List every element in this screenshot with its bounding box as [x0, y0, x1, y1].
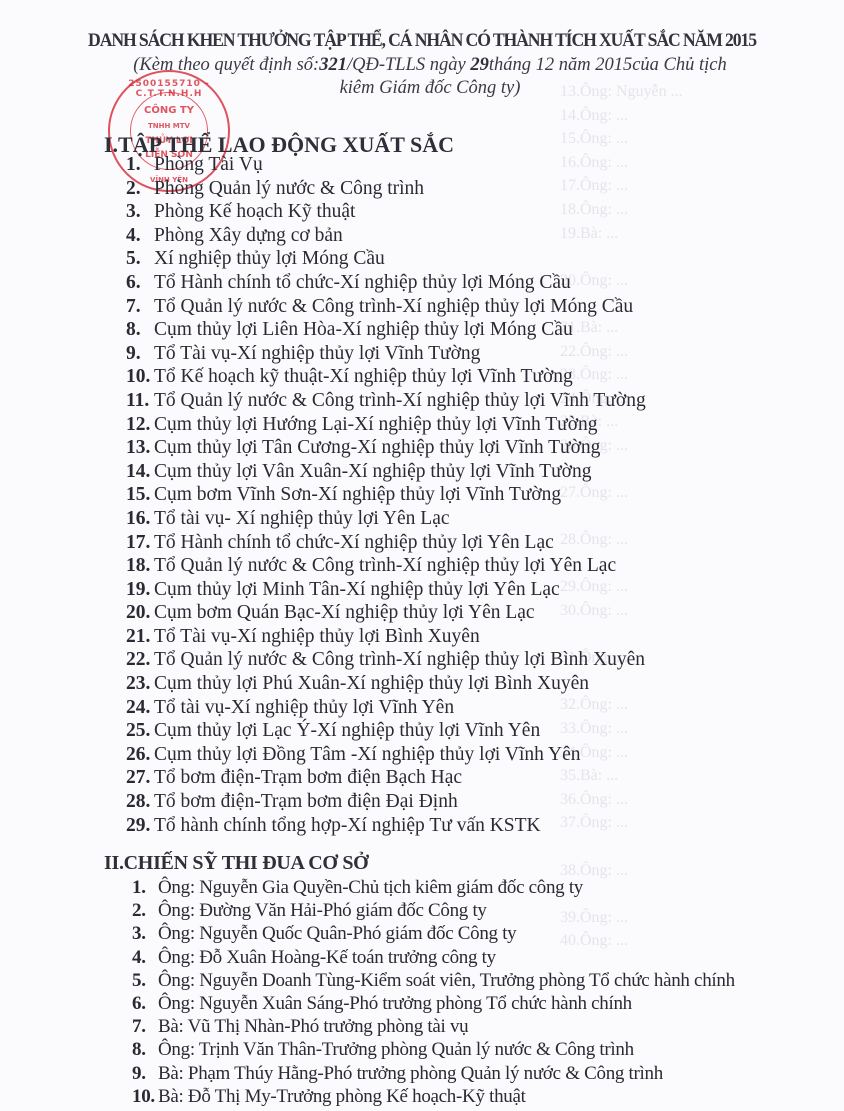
item-text: Ông: Nguyễn Xuân Sáng-Phó trưởng phòng T… — [158, 993, 632, 1014]
list-item: 24.Tổ tài vụ-Xí nghiệp thủy lợi Vĩnh Yên — [126, 696, 646, 720]
list-item: 28.Tổ bơm điện-Trạm bơm điện Đại Định — [126, 790, 646, 814]
item-number: 2. — [126, 177, 154, 201]
item-text: Tổ Hành chính tổ chức-Xí nghiệp thủy lợi… — [154, 272, 571, 293]
list-item: 12.Cụm thủy lợi Hướng Lại-Xí nghiệp thủy… — [126, 413, 646, 437]
item-number: 8. — [132, 1038, 158, 1061]
item-number: 22. — [126, 648, 154, 672]
item-text: Phòng Tài Vụ — [154, 154, 263, 175]
item-number: 25. — [126, 719, 154, 743]
item-number: 11. — [126, 389, 154, 413]
item-number: 6. — [126, 271, 154, 295]
item-text: Tổ tài vụ-Xí nghiệp thủy lợi Vĩnh Yên — [154, 697, 454, 718]
item-text: Cụm thủy lợi Lạc Ý-Xí nghiệp thủy lợi Vĩ… — [154, 720, 540, 741]
list-item: 16.Tổ tài vụ- Xí nghiệp thủy lợi Yên Lạc — [126, 507, 646, 531]
section-2-heading: II.CHIẾN SỸ THI ĐUA CƠ SỞ — [104, 852, 368, 875]
item-number: 1. — [132, 876, 158, 899]
item-number: 29. — [126, 814, 154, 838]
item-text: Ông: Nguyễn Gia Quyền-Chủ tịch kiêm giám… — [158, 877, 583, 898]
stamp-line-2: TNHH MTV — [110, 122, 228, 130]
item-number: 9. — [132, 1062, 158, 1085]
list-item: 6.Tổ Hành chính tổ chức-Xí nghiệp thủy l… — [126, 271, 646, 295]
item-text: Phòng Xây dựng cơ bản — [154, 225, 343, 246]
list-item: 7.Tổ Quản lý nước & Công trình-Xí nghiệp… — [126, 295, 646, 319]
list-item: 27.Tổ bơm điện-Trạm bơm điện Bạch Hạc — [126, 766, 646, 790]
item-number: 8. — [126, 318, 154, 342]
item-number: 6. — [132, 992, 158, 1015]
list-item: 3.Phòng Kế hoạch Kỹ thuật — [126, 200, 646, 224]
item-text: Cụm bơm Vĩnh Sơn-Xí nghiệp thủy lợi Vĩnh… — [154, 484, 561, 505]
stamp-line-1: CÔNG TY — [110, 105, 228, 116]
item-text: Tổ Quản lý nước & Công trình-Xí nghiệp t… — [154, 555, 616, 576]
list-item: 4.Phòng Xây dựng cơ bản — [126, 224, 646, 248]
document-subtitle: (Kèm theo quyết định số:321/QĐ-TLLS ngày… — [120, 54, 740, 100]
item-text: Phòng Kế hoạch Kỹ thuật — [154, 201, 355, 222]
list-item: 15.Cụm bơm Vĩnh Sơn-Xí nghiệp thủy lợi V… — [126, 483, 646, 507]
item-text: Cụm thủy lợi Liên Hòa-Xí nghiệp thủy lợi… — [154, 319, 573, 340]
list-item: 1.Ông: Nguyễn Gia Quyền-Chủ tịch kiêm gi… — [132, 876, 735, 899]
item-text: Tổ bơm điện-Trạm bơm điện Bạch Hạc — [154, 767, 462, 788]
item-text: Bà: Phạm Thúy Hằng-Phó trưởng phòng Quản… — [158, 1063, 663, 1084]
item-text: Tổ hành chính tổng hợp-Xí nghiệp Tư vấn … — [154, 815, 541, 836]
item-text: Tổ Quản lý nước & Công trình-Xí nghiệp t… — [154, 296, 633, 317]
list-item: 20.Cụm bơm Quán Bạc-Xí nghiệp thủy lợi Y… — [126, 601, 646, 625]
item-text: Cụm thủy lợi Phú Xuân-Xí nghiệp thủy lợi… — [154, 673, 589, 694]
item-number: 3. — [132, 922, 158, 945]
list-item: 4.Ông: Đỗ Xuân Hoàng-Kế toán trưởng công… — [132, 946, 735, 969]
item-number: 3. — [126, 200, 154, 224]
item-number: 7. — [126, 295, 154, 319]
individual-awards-list: 1.Ông: Nguyễn Gia Quyền-Chủ tịch kiêm gi… — [132, 876, 735, 1108]
item-number: 18. — [126, 554, 154, 578]
item-text: Tổ tài vụ- Xí nghiệp thủy lợi Yên Lạc — [154, 508, 450, 529]
list-item: 1.Phòng Tài Vụ — [126, 153, 646, 177]
subtitle-line-2: kiêm Giám đốc Công ty) — [120, 77, 740, 100]
document-title: DANH SÁCH KHEN THƯỞNG TẬP THỂ, CÁ NHÂN C… — [30, 30, 815, 52]
item-text: Bà: Đỗ Thị My-Trưởng phòng Kế hoạch-Kỹ t… — [158, 1086, 526, 1107]
subtitle-prefix: (Kèm theo quyết định số: — [133, 55, 319, 75]
item-text: Ông: Đỗ Xuân Hoàng-Kế toán trưởng công t… — [158, 947, 496, 968]
list-item: 8.Ông: Trịnh Văn Thân-Trưởng phòng Quản … — [132, 1038, 735, 1061]
item-number: 1. — [126, 153, 154, 177]
item-text: Ông: Nguyễn Doanh Tùng-Kiểm soát viên, T… — [158, 970, 735, 991]
list-item: 22.Tổ Quản lý nước & Công trình-Xí nghiệ… — [126, 648, 646, 672]
item-text: Cụm bơm Quán Bạc-Xí nghiệp thủy lợi Yên … — [154, 602, 535, 623]
list-item: 19.Cụm thủy lợi Minh Tân-Xí nghiệp thủy … — [126, 578, 646, 602]
list-item: 10.Tổ Kế hoạch kỹ thuật-Xí nghiệp thủy l… — [126, 365, 646, 389]
item-number: 20. — [126, 601, 154, 625]
list-item: 2.Ông: Đường Văn Hải-Phó giám đốc Công t… — [132, 899, 735, 922]
item-text: Tổ Quản lý nước & Công trình-Xí nghiệp t… — [154, 390, 646, 411]
item-text: Ông: Đường Văn Hải-Phó giám đốc Công ty — [158, 900, 487, 921]
item-number: 4. — [132, 946, 158, 969]
item-text: Cụm thủy lợi Hướng Lại-Xí nghiệp thủy lợ… — [154, 414, 598, 435]
subtitle-suffix: tháng 12 năm 2015của Chủ tịch — [489, 55, 727, 75]
item-number: 27. — [126, 766, 154, 790]
list-item: 23.Cụm thủy lợi Phú Xuân-Xí nghiệp thủy … — [126, 672, 646, 696]
item-number: 17. — [126, 531, 154, 555]
item-text: Bà: Vũ Thị Nhàn-Phó trưởng phòng tài vụ — [158, 1016, 468, 1037]
item-text: Ông: Trịnh Văn Thân-Trưởng phòng Quản lý… — [158, 1039, 634, 1060]
list-item: 14.Cụm thủy lợi Vân Xuân-Xí nghiệp thủy … — [126, 460, 646, 484]
item-text: Tổ Hành chính tổ chức-Xí nghiệp thủy lợi… — [154, 532, 554, 553]
scanned-document-page: 13.Ông: Nguyễn ...14.Ông: ...15.Ông: ...… — [0, 0, 844, 1111]
decision-number: 321 — [319, 55, 347, 75]
item-text: Tổ Kế hoạch kỹ thuật-Xí nghiệp thủy lợi … — [154, 366, 573, 387]
list-item: 5.Xí nghiệp thủy lợi Móng Cầu — [126, 247, 646, 271]
item-number: 19. — [126, 578, 154, 602]
list-item: 7.Bà: Vũ Thị Nhàn-Phó trưởng phòng tài v… — [132, 1015, 735, 1038]
item-number: 28. — [126, 790, 154, 814]
list-item: 9.Tổ Tài vụ-Xí nghiệp thủy lợi Vĩnh Tườn… — [126, 342, 646, 366]
item-number: 13. — [126, 436, 154, 460]
item-number: 15. — [126, 483, 154, 507]
list-item: 29.Tổ hành chính tổng hợp-Xí nghiệp Tư v… — [126, 814, 646, 838]
list-item: 26.Cụm thủy lợi Đồng Tâm -Xí nghiệp thủy… — [126, 743, 646, 767]
item-number: 7. — [132, 1015, 158, 1038]
list-item: 21.Tổ Tài vụ-Xí nghiệp thủy lợi Bình Xuy… — [126, 625, 646, 649]
item-number: 10. — [126, 365, 154, 389]
item-number: 12. — [126, 413, 154, 437]
list-item: 3.Ông: Nguyễn Quốc Quân-Phó giám đốc Côn… — [132, 922, 735, 945]
item-text: Ông: Nguyễn Quốc Quân-Phó giám đốc Công … — [158, 923, 516, 944]
item-number: 10. — [132, 1085, 158, 1108]
item-number: 23. — [126, 672, 154, 696]
list-item: 11.Tổ Quản lý nước & Công trình-Xí nghiệ… — [126, 389, 646, 413]
item-number: 21. — [126, 625, 154, 649]
item-text: Cụm thủy lợi Vân Xuân-Xí nghiệp thủy lợi… — [154, 461, 591, 482]
item-number: 5. — [126, 247, 154, 271]
list-item: 6.Ông: Nguyễn Xuân Sáng-Phó trưởng phòng… — [132, 992, 735, 1015]
list-item: 8.Cụm thủy lợi Liên Hòa-Xí nghiệp thủy l… — [126, 318, 646, 342]
item-text: Tổ Tài vụ-Xí nghiệp thủy lợi Vĩnh Tường — [154, 343, 480, 364]
item-number: 16. — [126, 507, 154, 531]
item-text: Tổ bơm điện-Trạm bơm điện Đại Định — [154, 791, 458, 812]
list-item: 17.Tổ Hành chính tổ chức-Xí nghiệp thủy … — [126, 531, 646, 555]
list-item: 10.Bà: Đỗ Thị My-Trưởng phòng Kế hoạch-K… — [132, 1085, 735, 1108]
list-item: 2.Phòng Quản lý nước & Công trình — [126, 177, 646, 201]
item-text: Phòng Quản lý nước & Công trình — [154, 178, 424, 199]
item-number: 2. — [132, 899, 158, 922]
collective-awards-list: 1.Phòng Tài Vụ2.Phòng Quản lý nước & Côn… — [126, 153, 646, 837]
item-number: 14. — [126, 460, 154, 484]
item-text: Xí nghiệp thủy lợi Móng Cầu — [154, 248, 385, 269]
decision-day: 29 — [470, 55, 489, 75]
subtitle-mid: /QĐ-TLLS ngày — [347, 55, 470, 75]
item-text: Tổ Tài vụ-Xí nghiệp thủy lợi Bình Xuyên — [154, 626, 480, 647]
list-item: 5.Ông: Nguyễn Doanh Tùng-Kiểm soát viên,… — [132, 969, 735, 992]
item-number: 26. — [126, 743, 154, 767]
subtitle-line-1: (Kèm theo quyết định số:321/QĐ-TLLS ngày… — [120, 54, 740, 77]
item-text: Cụm thủy lợi Đồng Tâm -Xí nghiệp thủy lợ… — [154, 744, 581, 765]
item-number: 5. — [132, 969, 158, 992]
list-item: 18.Tổ Quản lý nước & Công trình-Xí nghiệ… — [126, 554, 646, 578]
list-item: 9.Bà: Phạm Thúy Hằng-Phó trưởng phòng Qu… — [132, 1062, 735, 1085]
item-text: Cụm thủy lợi Tân Cương-Xí nghiệp thủy lợ… — [154, 437, 600, 458]
list-item: 25.Cụm thủy lợi Lạc Ý-Xí nghiệp thủy lợi… — [126, 719, 646, 743]
item-number: 24. — [126, 696, 154, 720]
item-number: 9. — [126, 342, 154, 366]
list-item: 13.Cụm thủy lợi Tân Cương-Xí nghiệp thủy… — [126, 436, 646, 460]
item-number: 4. — [126, 224, 154, 248]
item-text: Cụm thủy lợi Minh Tân-Xí nghiệp thủy lợi… — [154, 579, 560, 600]
item-text: Tổ Quản lý nước & Công trình-Xí nghiệp t… — [154, 649, 645, 670]
